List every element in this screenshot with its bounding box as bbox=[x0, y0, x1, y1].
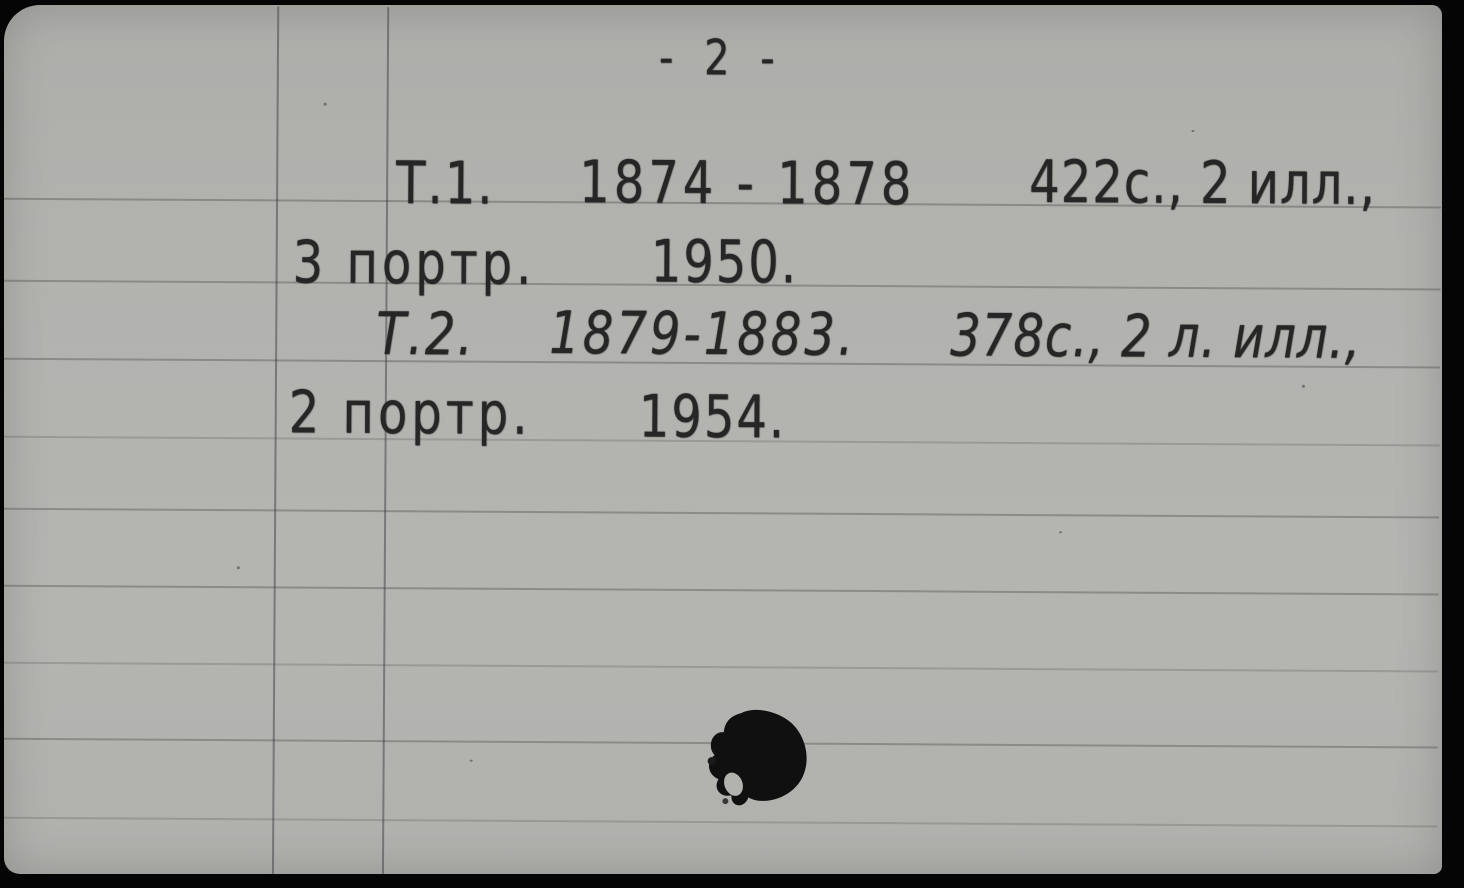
scan-speckle bbox=[1302, 385, 1305, 388]
volume-1-publication-year: 1950. bbox=[651, 233, 799, 292]
volume-1-collation-continued: 3 портр. bbox=[292, 234, 535, 294]
scan-speckle bbox=[324, 103, 327, 106]
volume-1-years: 1874 - 1878 bbox=[579, 153, 916, 214]
scan-speckle bbox=[237, 566, 240, 569]
volume-1-label: Т.1. bbox=[396, 154, 495, 213]
vertical-rule-line bbox=[272, 6, 279, 874]
volume-2-collation-continued: 2 портр. bbox=[289, 384, 532, 444]
horizontal-rule-line bbox=[4, 662, 1438, 673]
volume-1-collation: 422с., 2 илл., bbox=[1029, 153, 1376, 214]
page-number: - 2 - bbox=[659, 34, 784, 84]
scan-speckle bbox=[1059, 531, 1062, 533]
scan-speckle bbox=[470, 760, 473, 762]
volume-2-label: Т.2. bbox=[376, 305, 475, 364]
volume-2-publication-year: 1954. bbox=[639, 388, 787, 447]
scanned-card-page: - 2 - Т.1. 1874 - 1878 422с., 2 илл., 3 … bbox=[0, 0, 1464, 888]
volume-2-collation: 378с., 2 л. илл., bbox=[950, 307, 1361, 368]
volume-2-years: 1879-1883. bbox=[549, 304, 856, 364]
card-content-layer: - 2 - Т.1. 1874 - 1878 422с., 2 илл., 3 … bbox=[4, 5, 1442, 874]
horizontal-rule-line bbox=[4, 508, 1439, 519]
horizontal-rule-line bbox=[4, 585, 1439, 596]
scan-speckle bbox=[1191, 130, 1194, 132]
catalog-card: - 2 - Т.1. 1874 - 1878 422с., 2 илл., 3 … bbox=[4, 5, 1442, 874]
ink-blot bbox=[700, 703, 817, 820]
